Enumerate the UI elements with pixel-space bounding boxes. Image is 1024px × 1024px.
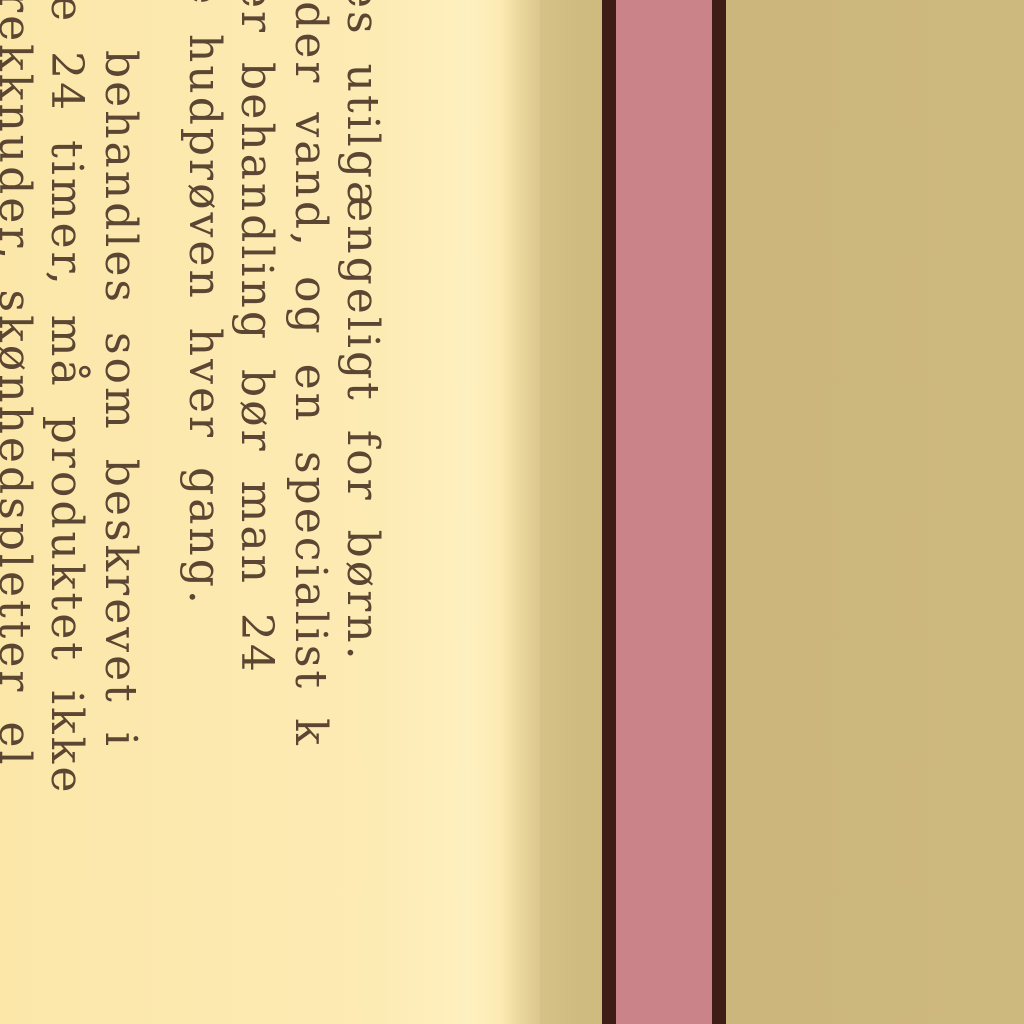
- pink-stripe: [616, 0, 712, 1024]
- stripe-border-right: [712, 0, 726, 1024]
- stripe-border-left: [602, 0, 616, 1024]
- text-line-4: e hudprøven hver gang.: [182, 0, 226, 607]
- warning-text-block: es utilgængeligt for børn. gder vand, og…: [0, 0, 500, 1024]
- text-line-1: es utilgængeligt for børn.: [340, 0, 384, 663]
- text-line-2: gder vand, og en specialist k: [288, 0, 332, 748]
- text-line-3: er behandling bør man 24: [234, 0, 278, 675]
- text-line-5: behandles som beskrevet i: [98, 50, 142, 749]
- product-box-photo: es utilgængeligt for børn. gder vand, og…: [0, 0, 1024, 1024]
- text-line-6: le 24 timer, må produktet ikke: [44, 0, 88, 795]
- text-line-7: irekknuder, skønhedspletter el: [0, 0, 36, 768]
